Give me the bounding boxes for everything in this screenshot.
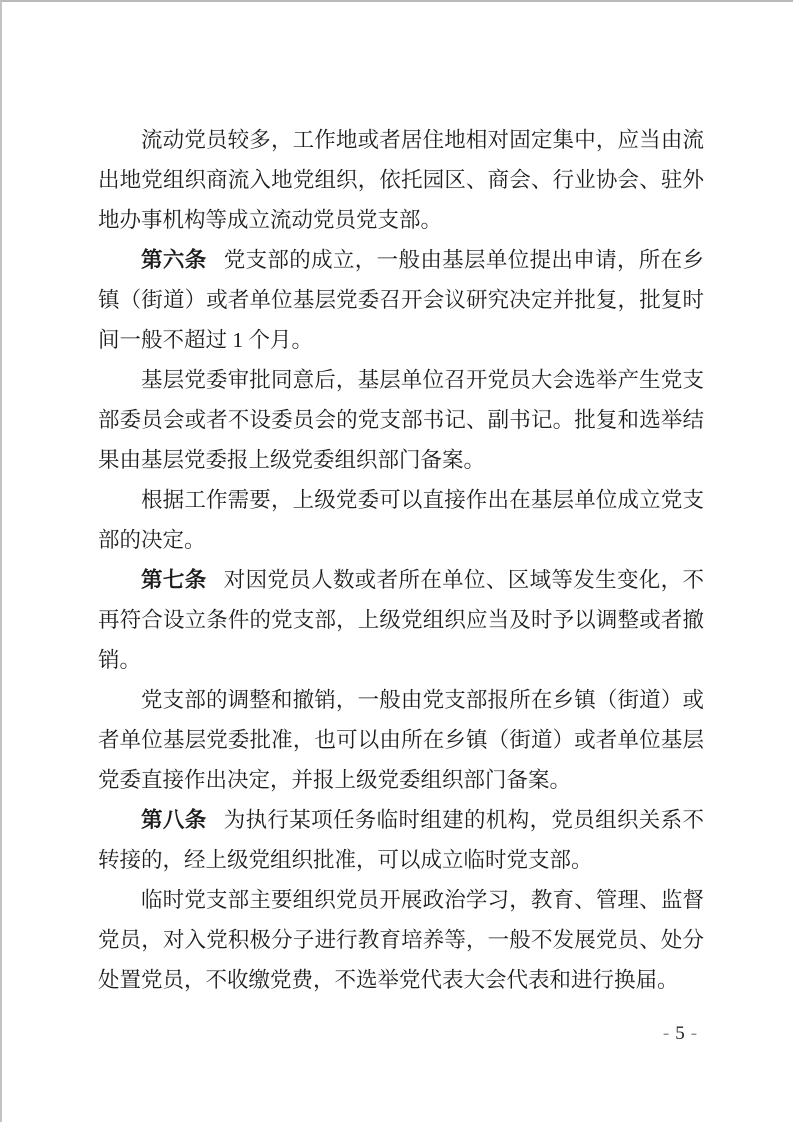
article-number: 第七条	[141, 568, 207, 592]
paragraph-4: 根据工作需要，上级党委可以直接作出在基层单位成立党支部的决定。	[98, 480, 704, 560]
document-page: 流动党员较多，工作地或者居住地相对固定集中，应当由流出地党组织商流入地党组织，依…	[0, 0, 793, 1122]
paragraph-5: 第七条对因党员人数或者所在单位、区域等发生变化，不再符合设立条件的党支部，上级党…	[98, 560, 704, 680]
paragraph-1: 流动党员较多，工作地或者居住地相对固定集中，应当由流出地党组织商流入地党组织，依…	[98, 120, 704, 240]
paragraph-3: 基层党委审批同意后，基层单位召开党员大会选举产生党支部委员会或者不设委员会的党支…	[98, 360, 704, 480]
page-number-dash-left: -	[663, 1023, 669, 1044]
page-number: -5-	[630, 1020, 730, 1048]
page-number-dash-right: -	[691, 1023, 697, 1044]
paragraph-6: 党支部的调整和撤销，一般由党支部报所在乡镇（街道）或者单位基层党委批准，也可以由…	[98, 680, 704, 800]
article-number: 第六条	[141, 248, 207, 272]
paragraph-2: 第六条党支部的成立，一般由基层单位提出申请，所在乡镇（街道）或者单位基层党委召开…	[98, 240, 704, 360]
article-number: 第八条	[141, 808, 207, 832]
document-body: 流动党员较多，工作地或者居住地相对固定集中，应当由流出地党组织商流入地党组织，依…	[98, 120, 704, 1000]
paragraph-7: 第八条为执行某项任务临时组建的机构，党员组织关系不转接的，经上级党组织批准，可以…	[98, 800, 704, 880]
paragraph-8: 临时党支部主要组织党员开展政治学习，教育、管理、监督党员，对入党积极分子进行教育…	[98, 880, 704, 1000]
page-number-value: 5	[675, 1023, 685, 1044]
